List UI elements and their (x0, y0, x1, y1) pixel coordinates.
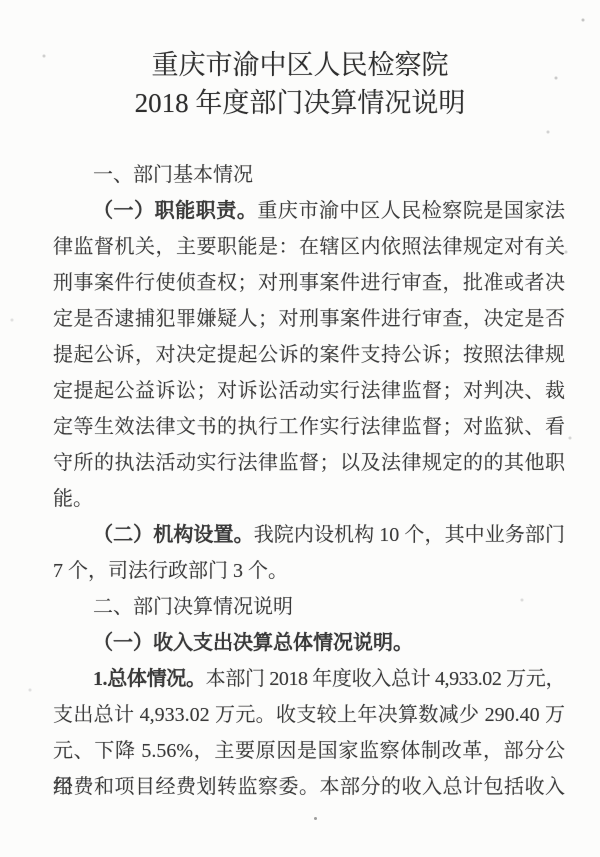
doc-line-text: 守所的执法活动实行法律监督；以及法律规定的的其他职 (53, 452, 565, 474)
doc-line: 1.总体情况。本部门 2018 年度收入总计 4,933.02 万元， (53, 661, 565, 697)
doc-line-text: 定等生效法律文书的执行工作实行法律监督；对监狱、看 (53, 416, 565, 438)
doc-line: （一）职能职责。重庆市渝中区人民检察院是国家法 (53, 193, 565, 229)
title-line-2: 2018 年度部门决算情况说明 (0, 84, 600, 122)
doc-line-text: 经费和项目经费划转监察委。本部分的收入总计包括收入 (53, 776, 565, 798)
doc-line-text: 我院内设机构 10 个，其中业务部门 (254, 524, 565, 546)
document-body: 一、部门基本情况 （一）职能职责。重庆市渝中区人民检察院是国家法 律监督机关，主… (53, 157, 565, 805)
doc-line-text: 提起公诉，对决定提起公诉的案件支持公诉；按照法律规 (53, 344, 565, 366)
doc-line-text: 本部门 2018 年度收入总计 4,933.02 万元， (206, 668, 565, 690)
doc-line: 支出总计 4,933.02 万元。收支较上年决算数减少 290.40 万 (53, 697, 565, 733)
doc-line-text: 能。 (53, 488, 93, 510)
doc-line: 定等生效法律文书的执行工作实行法律监督；对监狱、看 (53, 409, 565, 445)
doc-line-text: 一、部门基本情况 (93, 164, 253, 186)
doc-line-text: 二、部门决算情况说明 (93, 596, 293, 618)
doc-line-bold: （一）收入支出决算总体情况说明。 (93, 632, 413, 654)
scan-speck-dot (314, 817, 317, 820)
doc-line: 提起公诉，对决定提起公诉的案件支持公诉；按照法律规 (53, 337, 565, 373)
doc-line-bold: （二）机构设置。 (93, 524, 254, 546)
doc-line: 7 个，司法行政部门 3 个。 (53, 553, 565, 589)
doc-line-bold: （一）职能职责。 (93, 200, 257, 222)
doc-line: （二）机构设置。我院内设机构 10 个，其中业务部门 (53, 517, 565, 553)
doc-line: 律监督机关，主要职能是：在辖区内依照法律规定对有关 (53, 229, 565, 265)
doc-line: 能。 (53, 481, 565, 517)
title-line-1: 重庆市渝中区人民检察院 (0, 46, 600, 84)
doc-line-text: 律监督机关，主要职能是：在辖区内依照法律规定对有关 (53, 236, 565, 258)
doc-line: 定是否逮捕犯罪嫌疑人；对刑事案件进行审查，决定是否 (53, 301, 565, 337)
document-title: 重庆市渝中区人民检察院 2018 年度部门决算情况说明 (0, 46, 600, 122)
doc-line-text: 定是否逮捕犯罪嫌疑人；对刑事案件进行审查，决定是否 (53, 308, 565, 330)
doc-heading-1: 一、部门基本情况 (53, 157, 565, 193)
doc-line: 经费和项目经费划转监察委。本部分的收入总计包括收入 (53, 769, 565, 805)
doc-line: 定提起公益诉讼；对诉讼活动实行法律监督；对判决、裁 (53, 373, 565, 409)
doc-line: 守所的执法活动实行法律监督；以及法律规定的的其他职 (53, 445, 565, 481)
doc-line: 元、下降 5.56%，主要原因是国家监察体制改革，部分公用 (53, 733, 565, 769)
doc-line-text: 支出总计 4,933.02 万元。收支较上年决算数减少 290.40 万 (53, 704, 565, 726)
doc-line: 刑事案件行使侦查权；对刑事案件进行审查，批准或者决 (53, 265, 565, 301)
document-page: 重庆市渝中区人民检察院 2018 年度部门决算情况说明 一、部门基本情况 （一）… (0, 0, 600, 857)
doc-line-text: 定提起公益诉讼；对诉讼活动实行法律监督；对判决、裁 (53, 380, 565, 402)
doc-line-text: 刑事案件行使侦查权；对刑事案件进行审查，批准或者决 (53, 272, 565, 294)
doc-subheading: （一）收入支出决算总体情况说明。 (53, 625, 565, 661)
doc-line-text: 重庆市渝中区人民检察院是国家法 (257, 200, 565, 222)
doc-line-text: 7 个，司法行政部门 3 个。 (53, 560, 288, 582)
doc-heading-2: 二、部门决算情况说明 (53, 589, 565, 625)
doc-line-bold: 1.总体情况。 (93, 668, 206, 690)
